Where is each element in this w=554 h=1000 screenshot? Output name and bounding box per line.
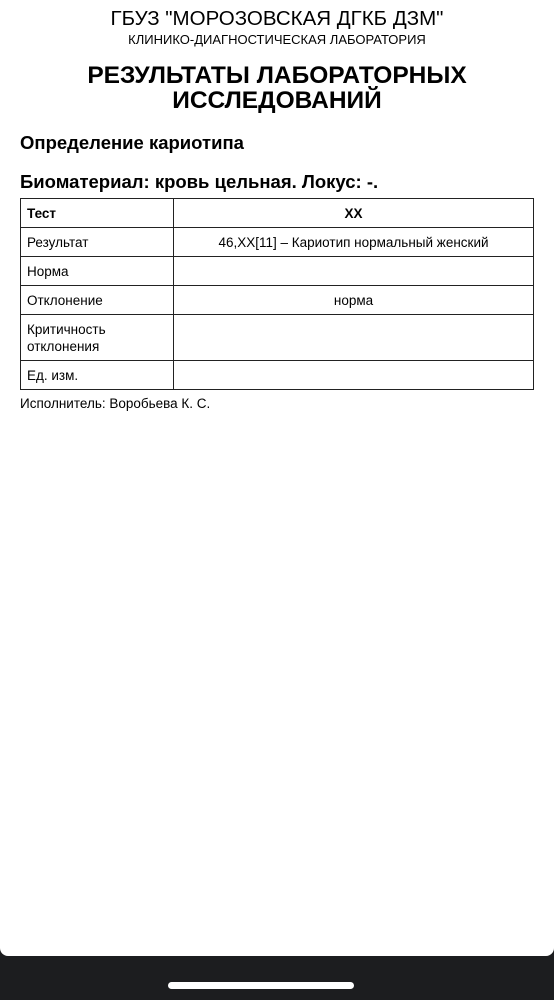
document-title: РЕЗУЛЬТАТЫ ЛАБОРАТОРНЫХ ИССЛЕДОВАНИЙ [0,63,554,113]
document-title-line-1: РЕЗУЛЬТАТЫ ЛАБОРАТОРНЫХ [0,63,554,88]
row-value: 46,XX[11] – Кариотип нормальный женский [174,228,534,257]
row-value [174,361,534,390]
table-row-norm: Норма [21,257,534,286]
home-indicator[interactable] [168,982,354,989]
document-title-line-2: ИССЛЕДОВАНИЙ [0,88,554,113]
header-value-cell: XX [174,199,534,228]
row-value: норма [174,286,534,315]
row-label: Отклонение [21,286,174,315]
row-label: Результат [21,228,174,257]
results-table: Тест XX Результат 46,XX[11] – Кариотип н… [20,198,534,390]
row-value [174,315,534,361]
document-page: ГБУЗ "МОРОЗОВСКАЯ ДГКБ ДЗМ" КЛИНИКО-ДИАГ… [0,0,554,956]
laboratory-name: КЛИНИКО-ДИАГНОСТИЧЕСКАЯ ЛАБОРАТОРИЯ [0,32,554,48]
performer-signature: Исполнитель: Воробьева К. С. [20,396,210,412]
table-row-deviation: Отклонение норма [21,286,534,315]
row-label: Норма [21,257,174,286]
row-label: Ед. изм. [21,361,174,390]
biomaterial-heading: Биоматериал: кровь цельная. Локус: -. [20,171,378,193]
header-label-cell: Тест [21,199,174,228]
test-name-heading: Определение кариотипа [20,132,244,154]
row-label: Критичность отклонения [21,315,174,361]
row-value [174,257,534,286]
system-navigation-bar [0,956,554,1000]
table-header-row: Тест XX [21,199,534,228]
table-row-result: Результат 46,XX[11] – Кариотип нормальны… [21,228,534,257]
organization-name: ГБУЗ "МОРОЗОВСКАЯ ДГКБ ДЗМ" [0,7,554,31]
table-row-units: Ед. изм. [21,361,534,390]
table-row-deviation-criticality: Критичность отклонения [21,315,534,361]
